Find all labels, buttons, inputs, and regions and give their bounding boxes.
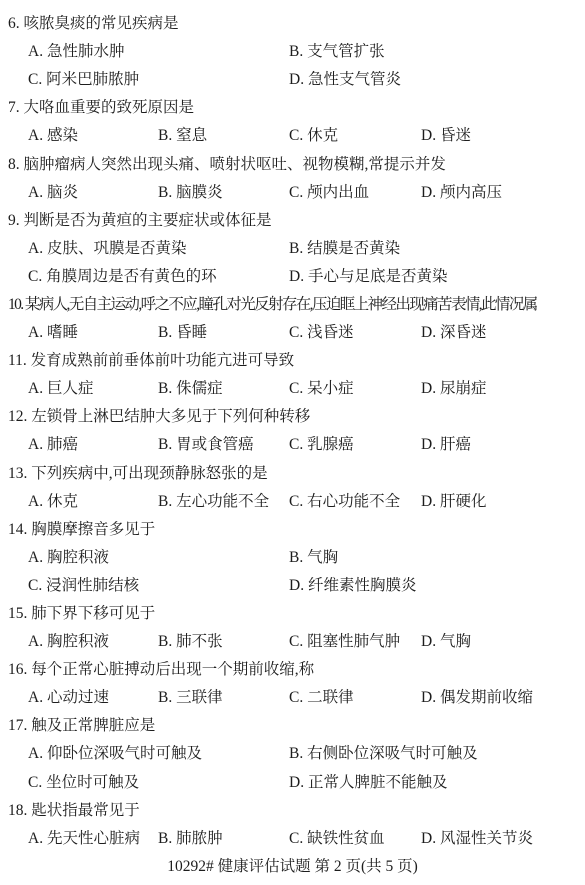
question: 15. 肺下界下移可见于A. 胸腔积液B. 肺不张C. 阻塞性肺气肿D. 气胸 [0,598,585,654]
option-d: D. 偶发期前收缩 [421,685,585,707]
option-row: A. 胸腔积液B. 气胸 [0,542,585,570]
option-a: A. 感染 [28,123,158,145]
option-a: A. 胸腔积液 [28,545,289,567]
question-stem: 8. 脑肿瘤病人突然出现头痛、喷射状呕吐、视物模糊,常提示并发 [8,152,446,174]
option-row: C. 角膜周边是否有黄色的环D. 手心与足底是否黄染 [0,261,585,289]
option-d: D. 气胸 [421,629,585,651]
question-stem-row: 7. 大咯血重要的致死原因是 [0,92,585,120]
question: 8. 脑肿瘤病人突然出现头痛、喷射状呕吐、视物模糊,常提示并发A. 脑炎B. 脑… [0,148,585,204]
question: 11. 发育成熟前前垂体前叶功能亢进可导致A. 巨人症B. 侏儒症C. 呆小症D… [0,345,585,401]
option-a: A. 心动过速 [28,685,158,707]
option-b: B. 昏睡 [158,320,289,342]
question-stem: 10. 某病人,无自主运动,呼之不应,瞳孔对光反射存在,压迫眶上神经出现痛苦表情… [8,292,537,314]
option-b: B. 窒息 [158,123,289,145]
option-d: D. 肝癌 [421,432,585,454]
page-footer: 10292# 健康评估试题 第 2 页(共 5 页) [0,851,585,879]
question-stem-row: 18. 匙状指最常见于 [0,795,585,823]
option-d: D. 急性支气管炎 [289,67,585,89]
option-c: C. 浅昏迷 [289,320,421,342]
option-a: A. 脑炎 [28,180,158,202]
option-d: D. 颅内高压 [421,180,585,202]
option-c: C. 呆小症 [289,376,421,398]
option-b: B. 右侧卧位深吸气时可触及 [289,741,585,763]
option-b: B. 脑膜炎 [158,180,289,202]
question: 12. 左锁骨上淋巴结肿大多见于下列何种转移A. 肺癌B. 胃或食管癌C. 乳腺… [0,401,585,457]
option-a: A. 仰卧位深吸气时可触及 [28,741,289,763]
option-b: B. 肺脓肿 [158,826,289,848]
option-b: B. 左心功能不全 [158,489,289,511]
option-row: A. 巨人症B. 侏儒症C. 呆小症D. 尿崩症 [0,373,585,401]
question-stem: 7. 大咯血重要的致死原因是 [8,95,194,117]
option-row: A. 皮肤、巩膜是否黄染B. 结膜是否黄染 [0,233,585,261]
option-c: C. 坐位时可触及 [28,770,289,792]
question-stem-row: 10. 某病人,无自主运动,呼之不应,瞳孔对光反射存在,压迫眶上神经出现痛苦表情… [0,289,585,317]
question-stem-row: 11. 发育成熟前前垂体前叶功能亢进可导致 [0,345,585,373]
option-c: C. 浸润性肺结核 [28,573,289,595]
option-d: D. 肝硬化 [421,489,585,511]
option-c: C. 右心功能不全 [289,489,421,511]
option-row: A. 肺癌B. 胃或食管癌C. 乳腺癌D. 肝癌 [0,429,585,457]
question-stem-row: 8. 脑肿瘤病人突然出现头痛、喷射状呕吐、视物模糊,常提示并发 [0,148,585,176]
question-stem-row: 16. 每个正常心脏搏动后出现一个期前收缩,称 [0,654,585,682]
question: 14. 胸膜摩擦音多见于A. 胸腔积液B. 气胸C. 浸润性肺结核D. 纤维素性… [0,514,585,598]
option-a: A. 急性肺水肿 [28,39,289,61]
question-stem: 17. 触及正常脾脏应是 [8,713,155,735]
option-d: D. 纤维素性胸膜炎 [289,573,585,595]
option-row: A. 嗜睡B. 昏睡C. 浅昏迷D. 深昏迷 [0,317,585,345]
option-d: D. 尿崩症 [421,376,585,398]
option-row: A. 脑炎B. 脑膜炎C. 颅内出血D. 颅内高压 [0,177,585,205]
option-b: B. 胃或食管癌 [158,432,289,454]
question: 18. 匙状指最常见于A. 先天性心脏病B. 肺脓肿C. 缺铁性贫血D. 风湿性… [0,795,585,851]
question-stem: 18. 匙状指最常见于 [8,798,140,820]
question: 7. 大咯血重要的致死原因是A. 感染B. 窒息C. 休克D. 昏迷 [0,92,585,148]
question: 17. 触及正常脾脏应是A. 仰卧位深吸气时可触及B. 右侧卧位深吸气时可触及C… [0,710,585,794]
question-stem: 11. 发育成熟前前垂体前叶功能亢进可导致 [8,348,294,370]
question-list: 6. 咳脓臭痰的常见疾病是A. 急性肺水肿B. 支气管扩张C. 阿米巴肺脓肿D.… [0,8,585,851]
option-d: D. 手心与足底是否黄染 [289,264,585,286]
option-b: B. 结膜是否黄染 [289,236,585,258]
option-a: A. 巨人症 [28,376,158,398]
option-row: A. 先天性心脏病B. 肺脓肿C. 缺铁性贫血D. 风湿性关节炎 [0,823,585,851]
question-stem: 15. 肺下界下移可见于 [8,601,155,623]
option-c: C. 颅内出血 [289,180,421,202]
option-b: B. 气胸 [289,545,585,567]
option-row: A. 休克B. 左心功能不全C. 右心功能不全D. 肝硬化 [0,486,585,514]
question-stem-row: 9. 判断是否为黄疸的主要症状或体征是 [0,205,585,233]
question-stem-row: 17. 触及正常脾脏应是 [0,710,585,738]
option-row: A. 胸腔积液B. 肺不张C. 阻塞性肺气肿D. 气胸 [0,626,585,654]
question-stem-row: 6. 咳脓臭痰的常见疾病是 [0,8,585,36]
option-c: C. 阿米巴肺脓肿 [28,67,289,89]
option-row: A. 感染B. 窒息C. 休克D. 昏迷 [0,120,585,148]
option-b: B. 支气管扩张 [289,39,585,61]
option-a: A. 嗜睡 [28,320,158,342]
option-d: D. 风湿性关节炎 [421,826,585,848]
option-c: C. 休克 [289,123,421,145]
option-b: B. 肺不张 [158,629,289,651]
question-stem-row: 12. 左锁骨上淋巴结肿大多见于下列何种转移 [0,401,585,429]
question-stem-row: 14. 胸膜摩擦音多见于 [0,514,585,542]
option-d: D. 昏迷 [421,123,585,145]
option-row: A. 心动过速B. 三联律C. 二联律D. 偶发期前收缩 [0,682,585,710]
exam-page: 6. 咳脓臭痰的常见疾病是A. 急性肺水肿B. 支气管扩张C. 阿米巴肺脓肿D.… [0,0,585,879]
option-row: A. 急性肺水肿B. 支气管扩张 [0,36,585,64]
question-stem-row: 15. 肺下界下移可见于 [0,598,585,626]
question-stem: 6. 咳脓臭痰的常见疾病是 [8,11,179,33]
question-stem-row: 13. 下列疾病中,可出现颈静脉怒张的是 [0,458,585,486]
question: 9. 判断是否为黄疸的主要症状或体征是A. 皮肤、巩膜是否黄染B. 结膜是否黄染… [0,205,585,289]
question-stem: 14. 胸膜摩擦音多见于 [8,517,155,539]
option-a: A. 休克 [28,489,158,511]
option-row: C. 浸润性肺结核D. 纤维素性胸膜炎 [0,570,585,598]
option-a: A. 先天性心脏病 [28,826,158,848]
question: 13. 下列疾病中,可出现颈静脉怒张的是A. 休克B. 左心功能不全C. 右心功… [0,458,585,514]
option-row: C. 阿米巴肺脓肿D. 急性支气管炎 [0,64,585,92]
option-c: C. 阻塞性肺气肿 [289,629,421,651]
option-b: B. 侏儒症 [158,376,289,398]
page-footer-text: 10292# 健康评估试题 第 2 页(共 5 页) [167,854,418,876]
option-c: C. 二联律 [289,685,421,707]
option-row: C. 坐位时可触及D. 正常人脾脏不能触及 [0,767,585,795]
question: 16. 每个正常心脏搏动后出现一个期前收缩,称A. 心动过速B. 三联律C. 二… [0,654,585,710]
option-c: C. 角膜周边是否有黄色的环 [28,264,289,286]
question-stem: 9. 判断是否为黄疸的主要症状或体征是 [8,208,272,230]
option-b: B. 三联律 [158,685,289,707]
option-row: A. 仰卧位深吸气时可触及B. 右侧卧位深吸气时可触及 [0,738,585,766]
option-d: D. 深昏迷 [421,320,585,342]
question-stem: 16. 每个正常心脏搏动后出现一个期前收缩,称 [8,657,314,679]
option-d: D. 正常人脾脏不能触及 [289,770,585,792]
question-stem: 13. 下列疾病中,可出现颈静脉怒张的是 [8,461,268,483]
question-stem: 12. 左锁骨上淋巴结肿大多见于下列何种转移 [8,404,310,426]
option-c: C. 缺铁性贫血 [289,826,421,848]
question: 6. 咳脓臭痰的常见疾病是A. 急性肺水肿B. 支气管扩张C. 阿米巴肺脓肿D.… [0,8,585,92]
option-a: A. 皮肤、巩膜是否黄染 [28,236,289,258]
option-c: C. 乳腺癌 [289,432,421,454]
option-a: A. 胸腔积液 [28,629,158,651]
option-a: A. 肺癌 [28,432,158,454]
question: 10. 某病人,无自主运动,呼之不应,瞳孔对光反射存在,压迫眶上神经出现痛苦表情… [0,289,585,345]
